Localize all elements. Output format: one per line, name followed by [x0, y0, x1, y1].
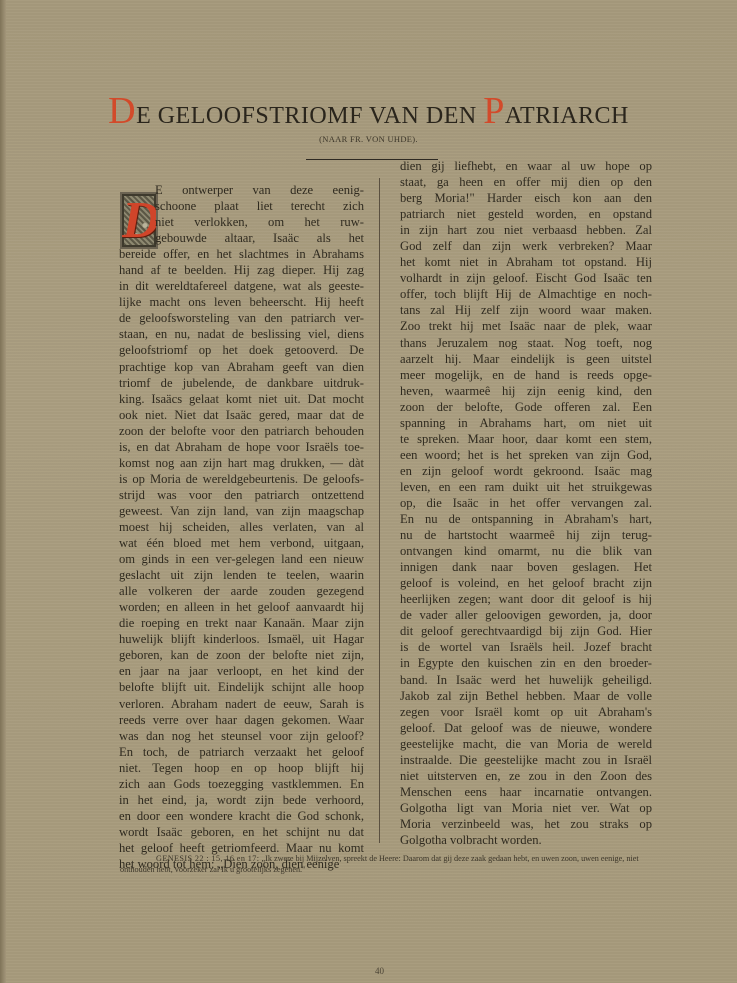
- text-line: het komt niet in Abraham tot opstand. Hi…: [400, 254, 652, 270]
- text-line: schoone plaat liet terecht zich: [119, 198, 364, 214]
- text-line: huwelijk blijft kinderloos. Ismaël, uit …: [119, 631, 364, 647]
- text-line: in zijn hart zou niet verbaasd hebben. Z…: [400, 222, 652, 238]
- text-line: Golgotha volbracht worden.: [400, 832, 652, 848]
- title-red-capital-d: D: [108, 90, 136, 132]
- text-line: bereide offer, en het slachtmes in Abrah…: [119, 246, 364, 262]
- text-line: hand af te beelden. Hij zag dieper. Hij …: [119, 262, 364, 278]
- text-line: En nu de ontspanning in Abraham's hart,: [400, 511, 652, 527]
- text-line: zoon der belofte, Gode offeren zal. Een: [400, 399, 652, 415]
- title-part-1: E GELOOFSTRIOMF VAN DEN: [136, 103, 483, 129]
- text-line: spanning in Abrahams hart, om niet uit: [400, 415, 652, 431]
- text-line: zegen voor Israël komt op uit Abraham's: [400, 704, 652, 720]
- text-line: geboren, kan de zoon der belofte niet zi…: [119, 647, 364, 663]
- text-line: nu de hartstocht waarmeê hij zijn terug-: [400, 527, 652, 543]
- text-line: de geloofsworsteling van den patriarch v…: [119, 310, 364, 326]
- text-line: gebouwde altaar, Isaäc als het: [119, 230, 364, 246]
- left-text-column: E ontwerper van deze eenig-schoone plaat…: [119, 182, 364, 872]
- text-line: strijd was voor den patriarch ontzettend: [119, 487, 364, 503]
- page-edge-shadow: [0, 0, 6, 983]
- text-line: prachtige kop van Abraham geeft van dien: [119, 359, 364, 375]
- text-line: Menschen eens haar incarnatie ontvangen.: [400, 784, 652, 800]
- text-line: Jakob zal zijn Bethel hebben. Maar de vo…: [400, 688, 652, 704]
- book-page: DE GELOOFSTRIOMF VAN DEN PATRIARCH (NAAR…: [0, 0, 737, 983]
- text-line: geloofstriomf op het doek getooverd. De: [119, 342, 364, 358]
- text-line: patriarch niet gesteld worden, en opstan…: [400, 206, 652, 222]
- text-line: en jaar na jaar verloopt, en het kind de…: [119, 663, 364, 679]
- text-line: is de wortel van Israëls heil. Jozef bra…: [400, 639, 652, 655]
- text-line: wordt Isaäc geboren, en het schijnt nu d…: [119, 824, 364, 840]
- text-line: berg Moria!" Harder eisch kon aan den: [400, 190, 652, 206]
- text-line: geweest. Van zijn land, van zijn maagsch…: [119, 503, 364, 519]
- text-line: dit geloof gerechtvaardigd bij zijn God.…: [400, 623, 652, 639]
- text-line: ook niet. Niet dat Isaäc gered, maar dat…: [119, 407, 364, 423]
- text-line: komst nog aan zijn hart mag drukken, — d…: [119, 455, 364, 471]
- title-part-2: ATRIARCH: [505, 103, 629, 129]
- title-red-capital-p: P: [483, 90, 505, 132]
- text-line: en zijn geloof wordt gekroond. Isaäc mag: [400, 463, 652, 479]
- text-line: heerlijken zegen; want door dit geloof i…: [400, 591, 652, 607]
- text-line: tans zal Hij zelf zijn woord waar maken.: [400, 302, 652, 318]
- text-line: niet verlokken, om het ruw-: [119, 214, 364, 230]
- text-line: heven, waarmeê hij zijn eenig kind, den: [400, 383, 652, 399]
- text-line: E ontwerper van deze eenig-: [119, 182, 364, 198]
- text-line: is op Moria de wereldgebeurtenis. De gel…: [119, 471, 364, 487]
- text-line: worden; en alleen in het geloof aanvaard…: [119, 599, 364, 615]
- text-line: offer, toch blijft Hij de Almachtige en …: [400, 286, 652, 302]
- text-line: lijke macht ons leven beheerscht. Hij he…: [119, 294, 364, 310]
- text-line: instraalde. Die geestelijke macht zou in…: [400, 752, 652, 768]
- text-line: triomf de jubelende, de dankbare uitdruk…: [119, 375, 364, 391]
- text-line: wat één bloed met hem verbond, uitgaan,: [119, 535, 364, 551]
- text-line: alle volkeren der aarde zouden gezegend: [119, 583, 364, 599]
- text-line: niet. Tegen hoop en op hoop blijft hij: [119, 760, 364, 776]
- footnote-reference: GENESIS 22 : 15, 16 en 17:: [156, 854, 259, 863]
- text-line: band. In Isaäc werd het huwelijk geheili…: [400, 672, 652, 688]
- text-line: in Egypte den kuischen zin en den broede…: [400, 655, 652, 671]
- text-line: Golgotha ligt van Moria niet ver. Wat op: [400, 800, 652, 816]
- page-number: 40: [375, 966, 384, 976]
- text-line: moest hij scheiden, alles verlaten, van …: [119, 519, 364, 535]
- subtitle-attribution: (NAAR FR. VON UHDE).: [0, 134, 737, 144]
- text-line: te spreken. Maar hoor, daar komt een ste…: [400, 431, 652, 447]
- text-line: zoon der belofte voor den patriarch beho…: [119, 423, 364, 439]
- column-divider: [379, 178, 380, 843]
- text-line: king. Isaäcs gelaat komt niet uit. Dat m…: [119, 391, 364, 407]
- text-line: op, die Isaäc in het offer vervangen zal…: [400, 495, 652, 511]
- text-line: om ginds in een ver-gelegen land een nie…: [119, 551, 364, 567]
- text-line: en door een wondere kracht die God schon…: [119, 808, 364, 824]
- text-line: God zelf dan zijn werk verbreken? Maar: [400, 238, 652, 254]
- text-line: niet uitsterven en, ze zou in den Zoon d…: [400, 768, 652, 784]
- text-line: thans Jeruzalem nog staat. Nog toeft, no…: [400, 335, 652, 351]
- text-line: verloren. Abraham nadert de eeuw, Sarah …: [119, 696, 364, 712]
- text-line: geestelijke macht, die van Moria de were…: [400, 736, 652, 752]
- text-line: meer mogelijk, en de hand is reeds opge-: [400, 367, 652, 383]
- text-line: geslacht uit zijn lenden te teelen, waar…: [119, 567, 364, 583]
- text-line: de vader aller geloovigen geworden, ja, …: [400, 607, 652, 623]
- text-line: in het eind, ja, wordt zijn bede verhoor…: [119, 792, 364, 808]
- text-line: staat, ga heen en offer mij dien op den: [400, 174, 652, 190]
- text-line: staan, en nu, nadat de beslissing viel, …: [119, 326, 364, 342]
- text-line: volhardt in zijn geloof. Eischt God Isaä…: [400, 270, 652, 286]
- text-line: Moria verzinbeeld was, het zou straks op: [400, 816, 652, 832]
- page-title: DE GELOOFSTRIOMF VAN DEN PATRIARCH: [0, 92, 737, 130]
- text-line: belofte blijft uit. Eindelijk schijnt al…: [119, 679, 364, 695]
- text-line: reeds verre over haar dagen gekomen. Waa…: [119, 712, 364, 728]
- text-line: een woord; het is het spreken van zijn G…: [400, 447, 652, 463]
- right-text-column: dien gij liefhebt, en waar al uw hope op…: [400, 158, 652, 848]
- text-line: leven, en een ram duikt uit het struikge…: [400, 479, 652, 495]
- text-line: die roeping en trekt naar Kanaän. Maar z…: [119, 615, 364, 631]
- text-line: En toch, de patriarch verzaakt het geloo…: [119, 744, 364, 760]
- text-line: aarzelt hij. Maar eindelijk is geen uits…: [400, 351, 652, 367]
- text-line: Zoo trekt hij met Isaäc naar de plek, wa…: [400, 318, 652, 334]
- text-line: dien gij liefhebt, en waar al uw hope op: [400, 158, 652, 174]
- text-line: in dit wereldtafereel datgene, wat als g…: [119, 278, 364, 294]
- text-line: was dan nog het steunsel voor zijn geloo…: [119, 728, 364, 744]
- footnote-scripture: GENESIS 22 : 15, 16 en 17: „Ik zwere bij…: [120, 853, 650, 875]
- text-line: innigen dank naar boven geslagen. Het: [400, 559, 652, 575]
- text-line: geloof. Dat geloof was de nieuwe, wonder…: [400, 720, 652, 736]
- text-line: is, en dat Abraham de hope voor Israëls …: [119, 439, 364, 455]
- text-line: zich aan Gods toezegging vastklemmen. En: [119, 776, 364, 792]
- text-line: ontvangen kind omarmt, nu die blik van: [400, 543, 652, 559]
- text-line: geloof is voleind, en het geloof bracht …: [400, 575, 652, 591]
